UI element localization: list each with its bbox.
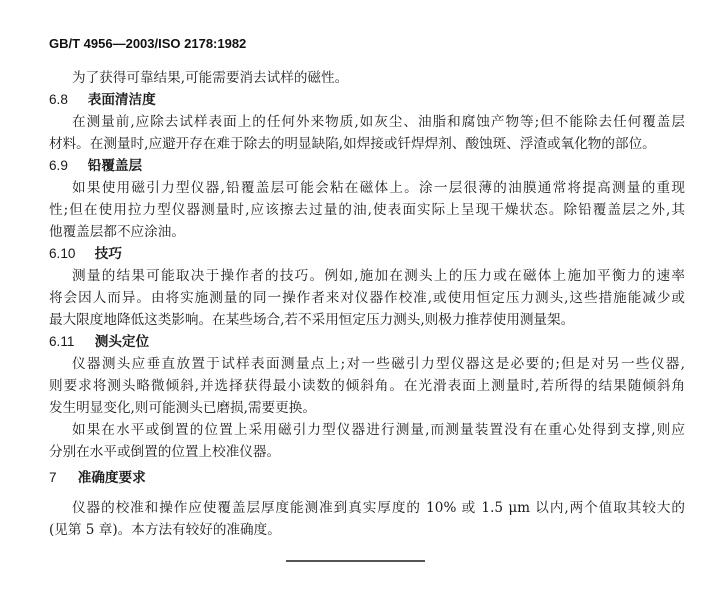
paragraph-line: 如果在水平或倒置的位置上采用磁引力型仪器进行测量,而测量装置没有在重心处得到支撑… [72, 419, 685, 441]
section-heading-6-11: 6.11 测头定位 [49, 331, 149, 353]
paragraph-line: 他覆盖层都不应涂油。 [49, 221, 685, 243]
section-heading-6-9: 6.9 铅覆盖层 [49, 155, 142, 177]
section-heading-6-10: 6.10 技巧 [49, 243, 122, 265]
paragraph-line: 最大限度地降低这类影响。在某些场合,若不采用恒定压力测头,则极力推荐使用测量架。 [49, 309, 685, 331]
paragraph-line: 如果使用磁引力型仪器,铅覆盖层可能会粘在磁体上。涂一层很薄的油膜通常将提高测量的… [72, 177, 685, 199]
section-title: 表面清洁度 [88, 89, 156, 111]
section-number: 6.9 [49, 155, 83, 177]
paragraph-line: 仪器测头应垂直放置于试样表面测量点上;对一些磁引力型仪器这是必要的;但是对另一些… [72, 353, 685, 375]
section-number: 6.8 [49, 89, 83, 111]
paragraph-line: 发生明显变化,则可能测头已磨损,需要更换。 [49, 397, 685, 419]
section-title: 准确度要求 [78, 467, 146, 489]
paragraph-line: 材料。在测量时,应避开存在难于除去的明显缺陷,如焊接或钎焊焊剂、酸蚀斑、浮渣或氧… [49, 133, 685, 155]
paragraph-line: 为了获得可靠结果,可能需要消去试样的磁性。 [72, 67, 685, 89]
section-number: 7 [49, 467, 73, 489]
section-number: 6.11 [49, 331, 90, 353]
paragraph-line: 仪器的校准和操作应使覆盖层厚度能测准到真实厚度的 10% 或 1.5 μm 以内… [72, 497, 685, 519]
section-title: 技巧 [95, 243, 122, 265]
section-title: 测头定位 [95, 331, 149, 353]
document-page: GB/T 4956—2003/ISO 2178:1982 为了获得可靠结果,可能… [0, 0, 706, 614]
paragraph-line: (见第 5 章)。本方法有较好的准确度。 [49, 519, 685, 541]
paragraph-line: 在测量前,应除去试样表面上的任何外来物质,如灰尘、油脂和腐蚀产物等;但不能除去任… [72, 111, 685, 133]
paragraph-line: 分别在水平或倒置的位置上校准仪器。 [49, 441, 685, 463]
end-separator-line [286, 560, 425, 562]
section-title: 铅覆盖层 [88, 155, 142, 177]
section-heading-6-8: 6.8 表面清洁度 [49, 89, 156, 111]
section-number: 6.10 [49, 243, 90, 265]
paragraph-line: 测量的结果可能取决于操作者的技巧。例如,施加在测头上的压力或在磁体上施加平衡力的… [72, 265, 685, 287]
paragraph-line: 则要求将测头略微倾斜,并选择获得最小读数的倾斜角。在光滑表面上测量时,若所得的结… [49, 375, 685, 397]
standard-header: GB/T 4956—2003/ISO 2178:1982 [49, 36, 246, 51]
paragraph-line: 性;但在使用拉力型仪器测量时,应该擦去过量的油,使表面实际上呈现干燥状态。除铅覆… [49, 199, 685, 221]
paragraph-line: 将会因人而异。由将实施测量的同一操作者来对仪器作校准,或使用恒定压力测头,这些措… [49, 287, 685, 309]
section-heading-7: 7 准确度要求 [49, 467, 146, 489]
